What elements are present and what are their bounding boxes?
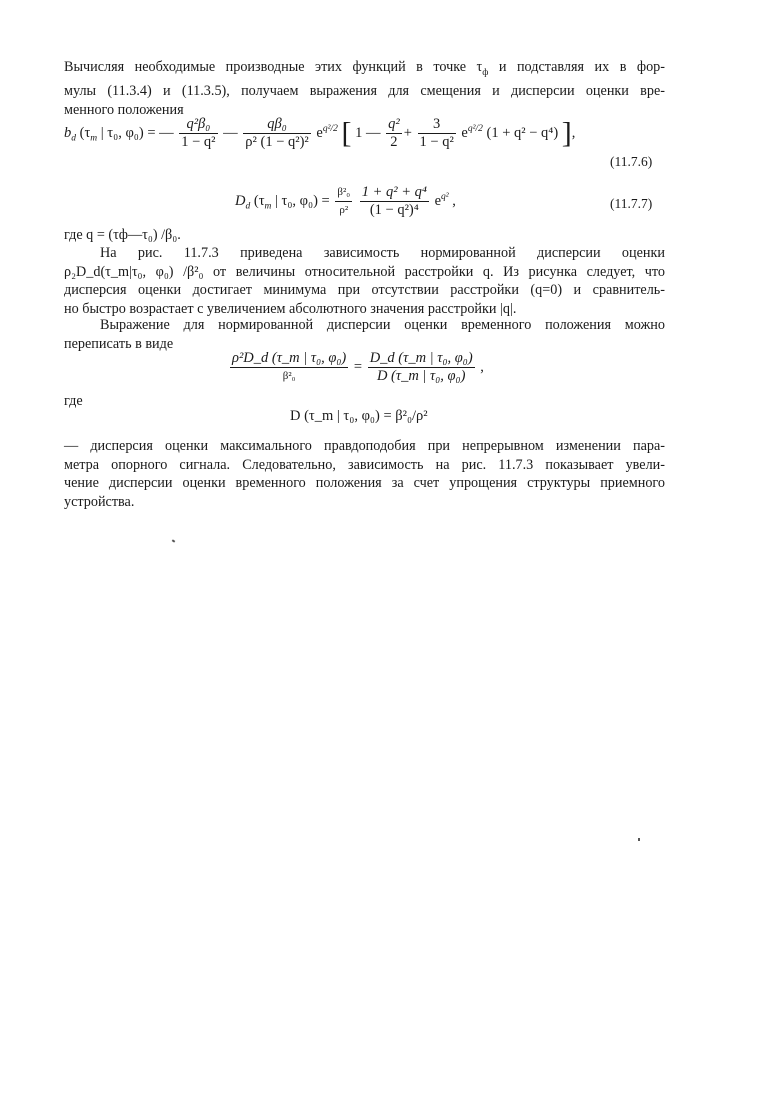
paragraph-conclusion: — дисперсия оценки максимального правдоп… — [64, 437, 665, 511]
paragraph-figure-description: На рис. 11.7.3 приведена зависимость нор… — [64, 244, 665, 318]
text-line: дисперсия оценки достигает минимума при … — [64, 281, 665, 300]
text-line: — дисперсия оценки максимального правдоп… — [64, 437, 665, 456]
paragraph-intro: Вычисляя необходимые производные этих фу… — [64, 58, 665, 119]
equation-number: (11.7.7) — [610, 196, 652, 212]
text-line: Выражение для нормированной дисперсии оц… — [64, 316, 665, 335]
equation-number: (11.7.6) — [610, 154, 652, 170]
scan-speck — [172, 539, 176, 542]
equation-D: D (τ_m | τ₀, φ₀) = β²₀/ρ² — [290, 408, 428, 425]
text-line: ρ₂D_d(τ_m|τ₀, φ₀) /β²₀ от величины относ… — [64, 263, 665, 282]
definition-q: где q = (τф—τ₀) /β₀. — [64, 226, 665, 245]
text-line: На рис. 11.7.3 приведена зависимость нор… — [64, 244, 665, 263]
text-line: мулы (11.3.4) и (11.3.5), получаем выраж… — [64, 82, 665, 101]
text-line: устройства. — [64, 493, 665, 512]
text-line: метра опорного сигнала. Следовательно, з… — [64, 456, 665, 475]
equation-ratio: ρ²D_d (τ_m | τ₀, φ₀)β²₀ = D_d (τ_m | τ₀,… — [228, 350, 484, 385]
document-page: Вычисляя необходимые производные этих фу… — [0, 0, 767, 1100]
equation-11-7-6: bd (τm | τ₀, φ₀) = — q²β₀1 − q² — qβ₀ρ² … — [64, 116, 575, 151]
text-line: чение дисперсии оценки временного положе… — [64, 474, 665, 493]
text-line: Вычисляя необходимые производные этих фу… — [64, 58, 665, 82]
equation-11-7-7: Dd (τm | τ₀, φ₀) = β²₀ρ² 1 + q² + q⁴(1 −… — [235, 184, 456, 219]
paragraph-rewrite: Выражение для нормированной дисперсии оц… — [64, 316, 665, 353]
scan-speck — [638, 838, 640, 841]
